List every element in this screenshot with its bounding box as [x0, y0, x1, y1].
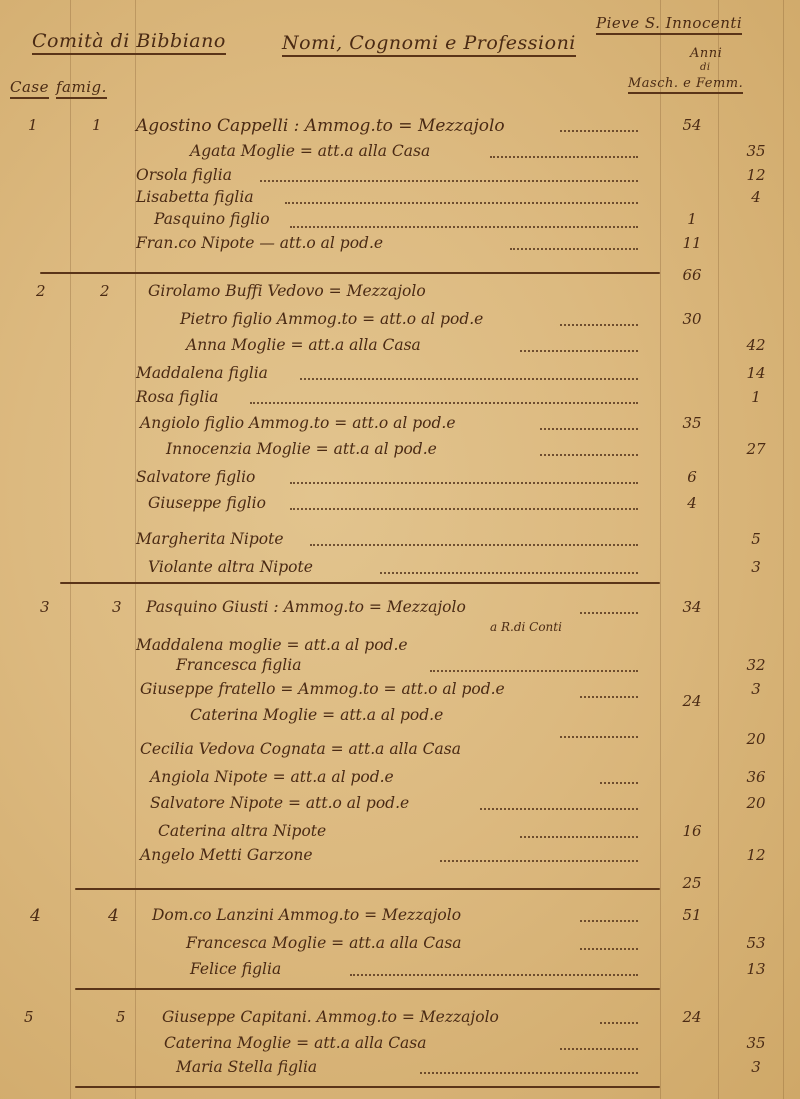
age-male: 6 — [668, 468, 716, 486]
table-row: Giuseppe figlio 4 — [0, 494, 800, 518]
age-male: 11 — [668, 234, 716, 252]
age-male: 54 — [668, 116, 716, 134]
member-entry: Giuseppe fratello = Ammog.to = att.o al … — [140, 680, 505, 698]
comune-header: Comità di Bibbiano — [32, 30, 226, 55]
age-female: 36 — [732, 768, 780, 786]
age-female: 13 — [732, 960, 780, 978]
age-female: 1 — [732, 388, 780, 406]
age-female: 5 — [732, 530, 780, 548]
table-row: Anna Moglie = att.a alla Casa 42 — [0, 336, 800, 360]
dot-leader — [600, 782, 638, 784]
table-row: Lisabetta figlia 4 — [0, 188, 800, 212]
dot-leader — [510, 248, 638, 250]
age-female: 35 — [732, 142, 780, 160]
member-entry: Margherita Nipote — [136, 530, 284, 548]
famiglia-number: 2 — [100, 282, 110, 300]
dot-leader — [540, 454, 638, 456]
table-row: Violante altra Nipote 3 — [0, 558, 800, 582]
member-entry: Girolamo Buffi Vedovo = Mezzajolo — [148, 282, 426, 300]
member-entry: Francesca figlia — [176, 656, 301, 674]
member-entry: Lisabetta figlia — [136, 188, 254, 206]
casa-number: 3 — [40, 598, 50, 616]
famiglia-number: 4 — [108, 906, 119, 926]
case-header: Case — [10, 78, 49, 99]
table-row: Salvatore figlio 6 — [0, 468, 800, 492]
dot-leader — [580, 696, 638, 698]
age-female: 20 — [732, 794, 780, 812]
member-entry: Francesca Moglie = att.a alla Casa — [186, 934, 462, 952]
dot-leader — [440, 860, 638, 862]
member-entry: Anna Moglie = att.a alla Casa — [186, 336, 421, 354]
dot-leader — [600, 1022, 638, 1024]
table-row: Angelo Metti Garzone 12 — [0, 846, 800, 870]
member-entry: Salvatore figlio — [136, 468, 255, 486]
table-row: Francesca figlia 32 — [0, 656, 800, 680]
member-entry: Cecilia Vedova Cognata = att.a alla Casa — [140, 740, 461, 758]
member-entry: Pasquino figlio — [154, 210, 270, 228]
sex-header: Masch. e Femm. — [628, 76, 743, 94]
dot-leader — [290, 226, 638, 228]
table-row: Maria Stella figlia 3 — [0, 1058, 800, 1082]
table-row: Margherita Nipote 5 — [0, 530, 800, 554]
family-divider — [60, 582, 660, 584]
age-male: 35 — [668, 414, 716, 432]
member-entry: Innocenzia Moglie = att.a al pod.e — [166, 440, 437, 458]
table-row: Caterina altra Nipote 16 — [0, 822, 800, 846]
age-male: 25 — [668, 874, 716, 892]
member-entry: Angiola Nipote = att.a al pod.e — [150, 768, 394, 786]
table-row: Angiola Nipote = att.a al pod.e 36 — [0, 768, 800, 792]
age-female: 53 — [732, 934, 780, 952]
table-row: Fran.co Nipote — att.o al pod.e 11 — [0, 234, 800, 258]
names-header: Nomi, Cognomi e Professioni — [282, 32, 576, 57]
dot-leader — [310, 544, 638, 546]
member-entry: Felice figlia — [190, 960, 281, 978]
table-row: Agata Moglie = att.a alla Casa 35 — [0, 142, 800, 166]
age-male: 4 — [668, 494, 716, 512]
table-row: Pasquino figlio 1 — [0, 210, 800, 234]
dot-leader — [430, 670, 638, 672]
table-row: Orsola figlia 12 — [0, 166, 800, 190]
dot-leader — [560, 130, 638, 132]
table-row: 2 2 Girolamo Buffi Vedovo = Mezzajolo 66 — [0, 282, 800, 306]
table-row: Francesca Moglie = att.a alla Casa 53 — [0, 934, 800, 958]
family-divider — [40, 272, 660, 274]
age-male: 16 — [668, 822, 716, 840]
member-entry: Pasquino Giusti : Ammog.to = Mezzajolo — [146, 598, 466, 616]
dot-leader — [520, 350, 638, 352]
member-entry: Caterina altra Nipote — [158, 822, 326, 840]
table-row: 4 4 Dom.co Lanzini Ammog.to = Mezzajolo … — [0, 906, 800, 930]
dot-leader — [420, 1072, 638, 1074]
dot-leader — [580, 920, 638, 922]
dot-leader — [300, 378, 638, 380]
age-female: 12 — [732, 846, 780, 864]
age-female: 3 — [732, 558, 780, 576]
famiglia-number: 1 — [92, 116, 102, 134]
member-entry: Agata Moglie = att.a alla Casa — [190, 142, 430, 160]
dot-leader — [490, 156, 638, 158]
dot-leader — [290, 508, 638, 510]
member-entry: Agostino Cappelli : Ammog.to = Mezzajolo — [136, 116, 505, 136]
age-female: 27 — [732, 440, 780, 458]
family-divider — [75, 1086, 660, 1088]
member-entry: Salvatore Nipote = att.o al pod.e — [150, 794, 409, 812]
famiglia-number: 5 — [116, 1008, 126, 1026]
member-entry: Maddalena moglie = att.a al pod.e — [136, 636, 408, 654]
age-female: 20 — [732, 730, 780, 748]
age-male: 51 — [668, 906, 716, 924]
dot-leader — [520, 836, 638, 838]
age-female: 35 — [732, 1034, 780, 1052]
age-male: 34 — [668, 598, 716, 616]
table-row: 25 — [0, 874, 800, 898]
famiglie-header: famig. — [56, 78, 107, 99]
family-divider — [75, 988, 660, 990]
table-row: Maddalena figlia 14 — [0, 364, 800, 388]
member-entry: Rosa figlia — [136, 388, 219, 406]
member-entry: Angelo Metti Garzone — [140, 846, 313, 864]
dot-leader — [560, 324, 638, 326]
dot-leader — [580, 612, 638, 614]
member-entry: Maddalena figlia — [136, 364, 268, 382]
dot-leader — [560, 1048, 638, 1050]
casa-number: 2 — [36, 282, 46, 300]
di-header: di — [700, 62, 711, 73]
table-row: Caterina Moglie = att.a al pod.e 24 — [0, 706, 800, 730]
member-entry: Giuseppe Capitani. Ammog.to = Mezzajolo — [162, 1008, 499, 1026]
member-entry: Dom.co Lanzini Ammog.to = Mezzajolo — [152, 906, 461, 924]
age-male: 66 — [668, 266, 716, 284]
dot-leader — [580, 948, 638, 950]
age-male: 24 — [668, 1008, 716, 1026]
age-male: 1 — [668, 210, 716, 228]
family-divider — [75, 888, 660, 890]
anni-header: Anni — [690, 46, 722, 61]
member-entry: Caterina Moglie = att.a alla Casa — [164, 1034, 427, 1052]
dot-leader — [480, 808, 638, 810]
casa-number: 5 — [24, 1008, 34, 1026]
age-female: 32 — [732, 656, 780, 674]
table-row: 3 3 Pasquino Giusti : Ammog.to = Mezzajo… — [0, 598, 800, 622]
famiglia-number: 3 — [112, 598, 122, 616]
casa-number: 1 — [28, 116, 38, 134]
dot-leader — [285, 202, 638, 204]
member-entry: Fran.co Nipote — att.o al pod.e — [136, 234, 383, 252]
table-row: 5 5 Giuseppe Capitani. Ammog.to = Mezzaj… — [0, 1008, 800, 1032]
table-row: Innocenzia Moglie = att.a al pod.e 27 — [0, 440, 800, 464]
age-female: 4 — [732, 188, 780, 206]
table-row: Cecilia Vedova Cognata = att.a alla Casa… — [0, 740, 800, 764]
table-row: 1 1 Agostino Cappelli : Ammog.to = Mezza… — [0, 116, 800, 140]
member-entry: Violante altra Nipote — [148, 558, 313, 576]
table-row: Felice figlia 13 — [0, 960, 800, 984]
dot-leader — [560, 736, 638, 738]
dot-leader — [350, 974, 638, 976]
member-entry: Maria Stella figlia — [176, 1058, 317, 1076]
dot-leader — [290, 482, 638, 484]
member-entry: Caterina Moglie = att.a al pod.e — [190, 706, 443, 724]
table-row: Rosa figlia 1 — [0, 388, 800, 412]
age-male: 24 — [668, 692, 716, 710]
member-entry: Giuseppe figlio — [148, 494, 266, 512]
dot-leader — [540, 428, 638, 430]
age-female: 12 — [732, 166, 780, 184]
age-male: 30 — [668, 310, 716, 328]
member-entry: Orsola figlia — [136, 166, 232, 184]
member-entry: Pietro figlio Ammog.to = att.o al pod.e — [180, 310, 483, 328]
age-female: 14 — [732, 364, 780, 382]
table-row: Pietro figlio Ammog.to = att.o al pod.e … — [0, 310, 800, 334]
casa-number: 4 — [30, 906, 41, 926]
dot-leader — [380, 572, 638, 574]
dot-leader — [250, 402, 638, 404]
age-female: 42 — [732, 336, 780, 354]
age-female: 3 — [732, 680, 780, 698]
dot-leader — [260, 180, 638, 182]
table-row: Caterina Moglie = att.a alla Casa 35 — [0, 1034, 800, 1058]
census-page: Comità di Bibbiano Nomi, Cognomi e Profe… — [0, 0, 800, 1099]
table-row: Angiolo figlio Ammog.to = att.o al pod.e… — [0, 414, 800, 438]
parish-header: Pieve S. Innocenti — [596, 14, 742, 35]
age-female: 3 — [732, 1058, 780, 1076]
table-row: Salvatore Nipote = att.o al pod.e 20 — [0, 794, 800, 818]
member-note: a R.di Conti — [490, 620, 562, 634]
member-entry: Angiolo figlio Ammog.to = att.o al pod.e — [140, 414, 456, 432]
